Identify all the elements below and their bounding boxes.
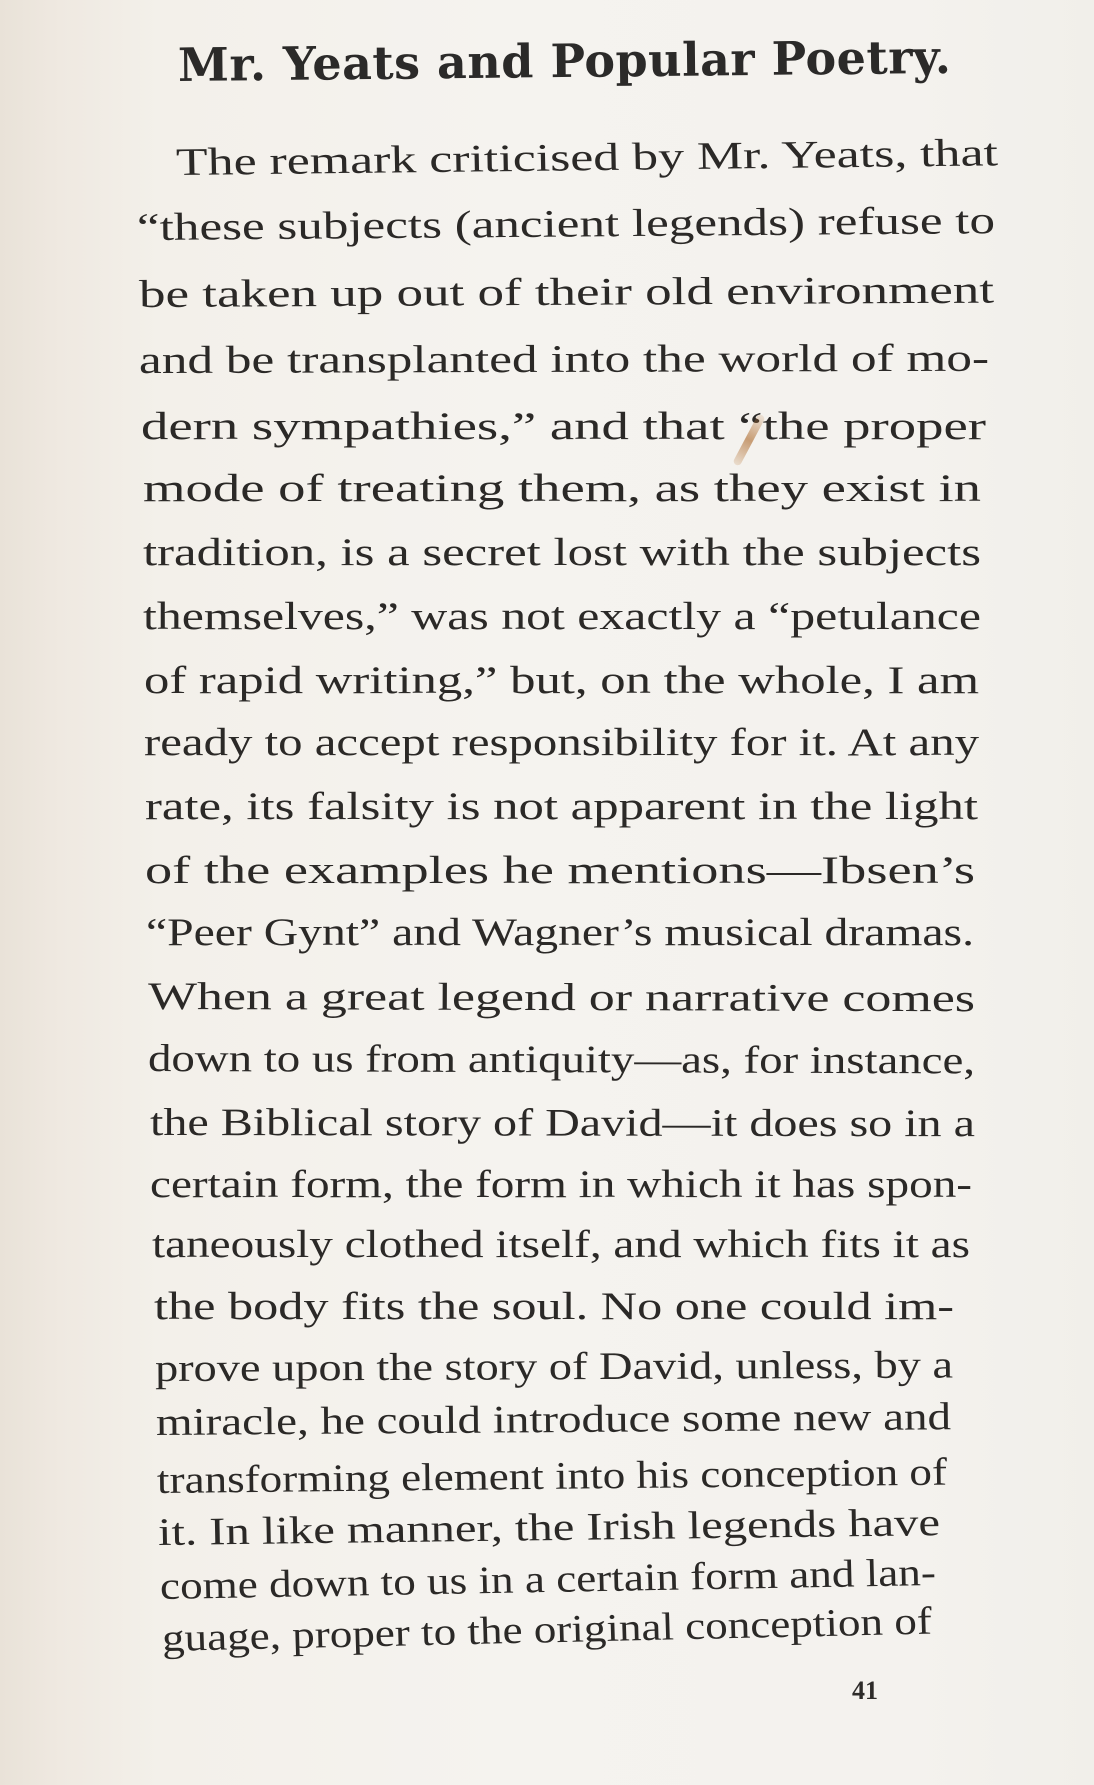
- text-line: “these subjects (ancient legends) refuse…: [137, 198, 996, 250]
- text-line: mode of treating them, as they exist in: [143, 466, 981, 511]
- text-line: ready to accept responsibility for it. A…: [144, 720, 979, 765]
- text-line: tradition, is a secret lost with the sub…: [143, 530, 981, 575]
- book-page: Mr. Yeats and Popular Poetry. The remark…: [0, 0, 1094, 1785]
- text-line: be taken up out of their old environment: [139, 268, 994, 317]
- text-line: When a great legend or narrative comes: [148, 974, 975, 1021]
- text-line: it. In like manner, the Irish legends ha…: [158, 1500, 941, 1555]
- text-line: the Biblical story of David—it does so i…: [150, 1100, 975, 1146]
- text-line: miracle, he could introduce some new and: [156, 1394, 951, 1445]
- text-line: themselves,” was not exactly a “petulanc…: [143, 594, 981, 639]
- text-line: prove upon the story of David, unless, b…: [155, 1342, 953, 1391]
- chapter-title: Mr. Yeats and Popular Poetry.: [178, 30, 952, 92]
- text-line: of the examples he mentions—Ibsen’s: [145, 848, 975, 893]
- text-line: down to us from antiquity—as, for instan…: [148, 1036, 975, 1083]
- text-line: certain form, the form in which it has s…: [150, 1162, 972, 1207]
- text-line: guage, proper to the original conception…: [161, 1599, 932, 1661]
- text-line: rate, its falsity is not apparent in the…: [145, 784, 978, 829]
- text-line: The remark criticised by Mr. Yeats, that: [176, 130, 999, 185]
- text-line: taneously clothed itself, and which fits…: [152, 1222, 970, 1267]
- text-line: transforming element into his conception…: [157, 1450, 948, 1503]
- text-line: and be transplanted into the world of mo…: [139, 336, 989, 383]
- text-line: of rapid writing,” but, on the whole, I …: [144, 658, 979, 703]
- text-line: the body fits the soul. No one could im-: [154, 1284, 954, 1329]
- text-line: dern sympathies,” and that “the proper: [141, 404, 986, 449]
- text-line: “Peer Gynt” and Wagner’s musical dramas.: [146, 910, 974, 955]
- page-number: 41: [852, 1676, 878, 1706]
